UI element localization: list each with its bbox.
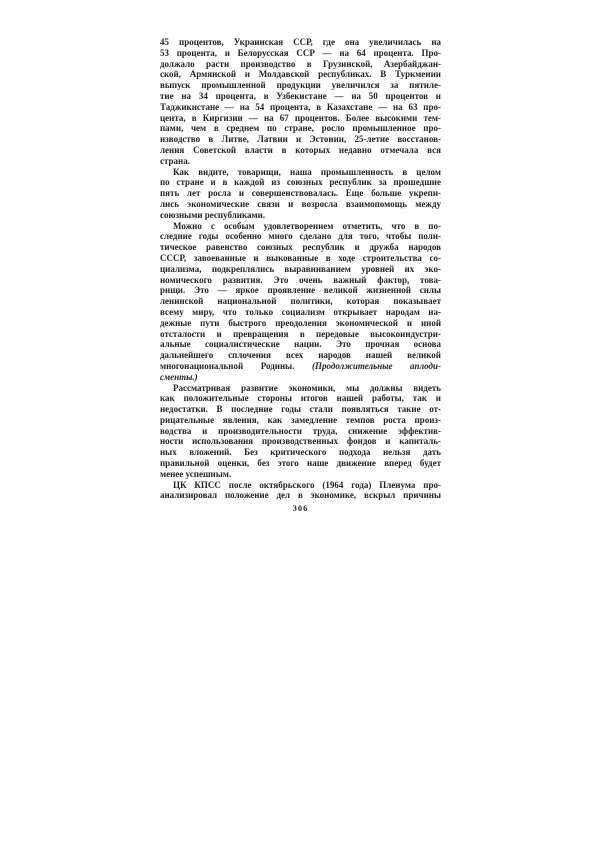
paragraph: Как видите, товарищи, наша промышленност… <box>160 167 441 221</box>
page-number: 306 <box>160 503 441 513</box>
text-line: изводство в Литве, Латвии и Эстонии, 25-… <box>160 134 441 145</box>
text-line: как положительные стороны итогов нашей р… <box>160 393 441 404</box>
text-line: лись экономические связи и возросла взаи… <box>160 199 441 210</box>
paragraph: Рассматривая развитие экономики, мы долж… <box>160 383 441 480</box>
text-line: следние годы особенно много сделано для … <box>160 231 441 242</box>
text-line: менее успешным. <box>160 469 441 480</box>
text-line: альные социалистические нации. Это прочн… <box>160 339 441 350</box>
text-line: выпуск промышленной продукции увеличился… <box>160 80 441 91</box>
text-line: анализировал положение дел в экономике, … <box>160 490 441 501</box>
text-line: недостатки. В последние годы стали появл… <box>160 404 441 415</box>
text-line: Таджикистане — на 54 процента, в Казахст… <box>160 102 441 113</box>
scanned-book-page: 45 процентов, Украинская ССР, где она ув… <box>0 0 600 849</box>
text-line: должало расти производство в Грузинской,… <box>160 59 441 70</box>
paragraph: ЦК КПСС после октябрьского (1964 года) П… <box>160 480 441 502</box>
text-line: Можно с особым удовлетворением отметить,… <box>160 221 441 232</box>
text-line: Рассматривая развитие экономики, мы долж… <box>160 383 441 394</box>
text-line: союзными республиками. <box>160 210 441 221</box>
text-line: Как видите, товарищи, наша промышленност… <box>160 167 441 178</box>
text-block: 45 процентов, Украинская ССР, где она ув… <box>160 37 441 501</box>
text-line: дежные пути быстрого преодоления экономи… <box>160 318 441 329</box>
text-line: отсталости и превращения в передовые выс… <box>160 329 441 340</box>
text-line: СССР, завоеванные и выкованные в ходе ст… <box>160 253 441 264</box>
text-line: ЦК КПСС после октябрьского (1964 года) П… <box>160 480 441 491</box>
text-line: рицательные явления, как замедление темп… <box>160 415 441 426</box>
paragraph: 45 процентов, Украинская ССР, где она ув… <box>160 37 441 167</box>
text-line: сменты.) <box>160 372 441 383</box>
paragraph: Можно с особым удовлетворением отметить,… <box>160 221 441 383</box>
text-line: дальнейшего сплочения всех народов нашей… <box>160 350 441 361</box>
text-line: тическое равенство союзных республик и д… <box>160 242 441 253</box>
text-line: ления Советской власти в которых недавно… <box>160 145 441 156</box>
text-line: правильной оценки, без этого наше движен… <box>160 458 441 469</box>
text-line: пами, чем в среднем по стране, росло про… <box>160 123 441 134</box>
text-line: водства и производительности труда, сниж… <box>160 426 441 437</box>
text-line: по стране и в каждой из союзных республи… <box>160 177 441 188</box>
text-line: тие на 34 процента, в Узбекистане — на 5… <box>160 91 441 102</box>
text-line: ности использования производственных фон… <box>160 436 441 447</box>
text-line: рищи. Это — яркое проявление великой жиз… <box>160 285 441 296</box>
text-line: многонациональной Родины. (Продолжительн… <box>160 361 441 372</box>
text-line: ленинской национальной политики, которая… <box>160 296 441 307</box>
text-line: ской, Армянской и Молдавской республиках… <box>160 69 441 80</box>
text-line: цента, в Киргизии — на 67 процентов. Бол… <box>160 113 441 124</box>
text-line: 53 процента, и Белорусская ССР — на 64 п… <box>160 48 441 59</box>
text-line: циализма, подкреплялись выравниванием ур… <box>160 264 441 275</box>
text-line: страна. <box>160 156 441 167</box>
text-line: пять лет росла и совершенствовалась. Еще… <box>160 188 441 199</box>
text-line: номического развития. Это очень важный ф… <box>160 275 441 286</box>
text-line: 45 процентов, Украинская ССР, где она ув… <box>160 37 441 48</box>
text-line: ных вложений. Без критического подхода н… <box>160 447 441 458</box>
text-line: всему миру, что только социализм открыва… <box>160 307 441 318</box>
